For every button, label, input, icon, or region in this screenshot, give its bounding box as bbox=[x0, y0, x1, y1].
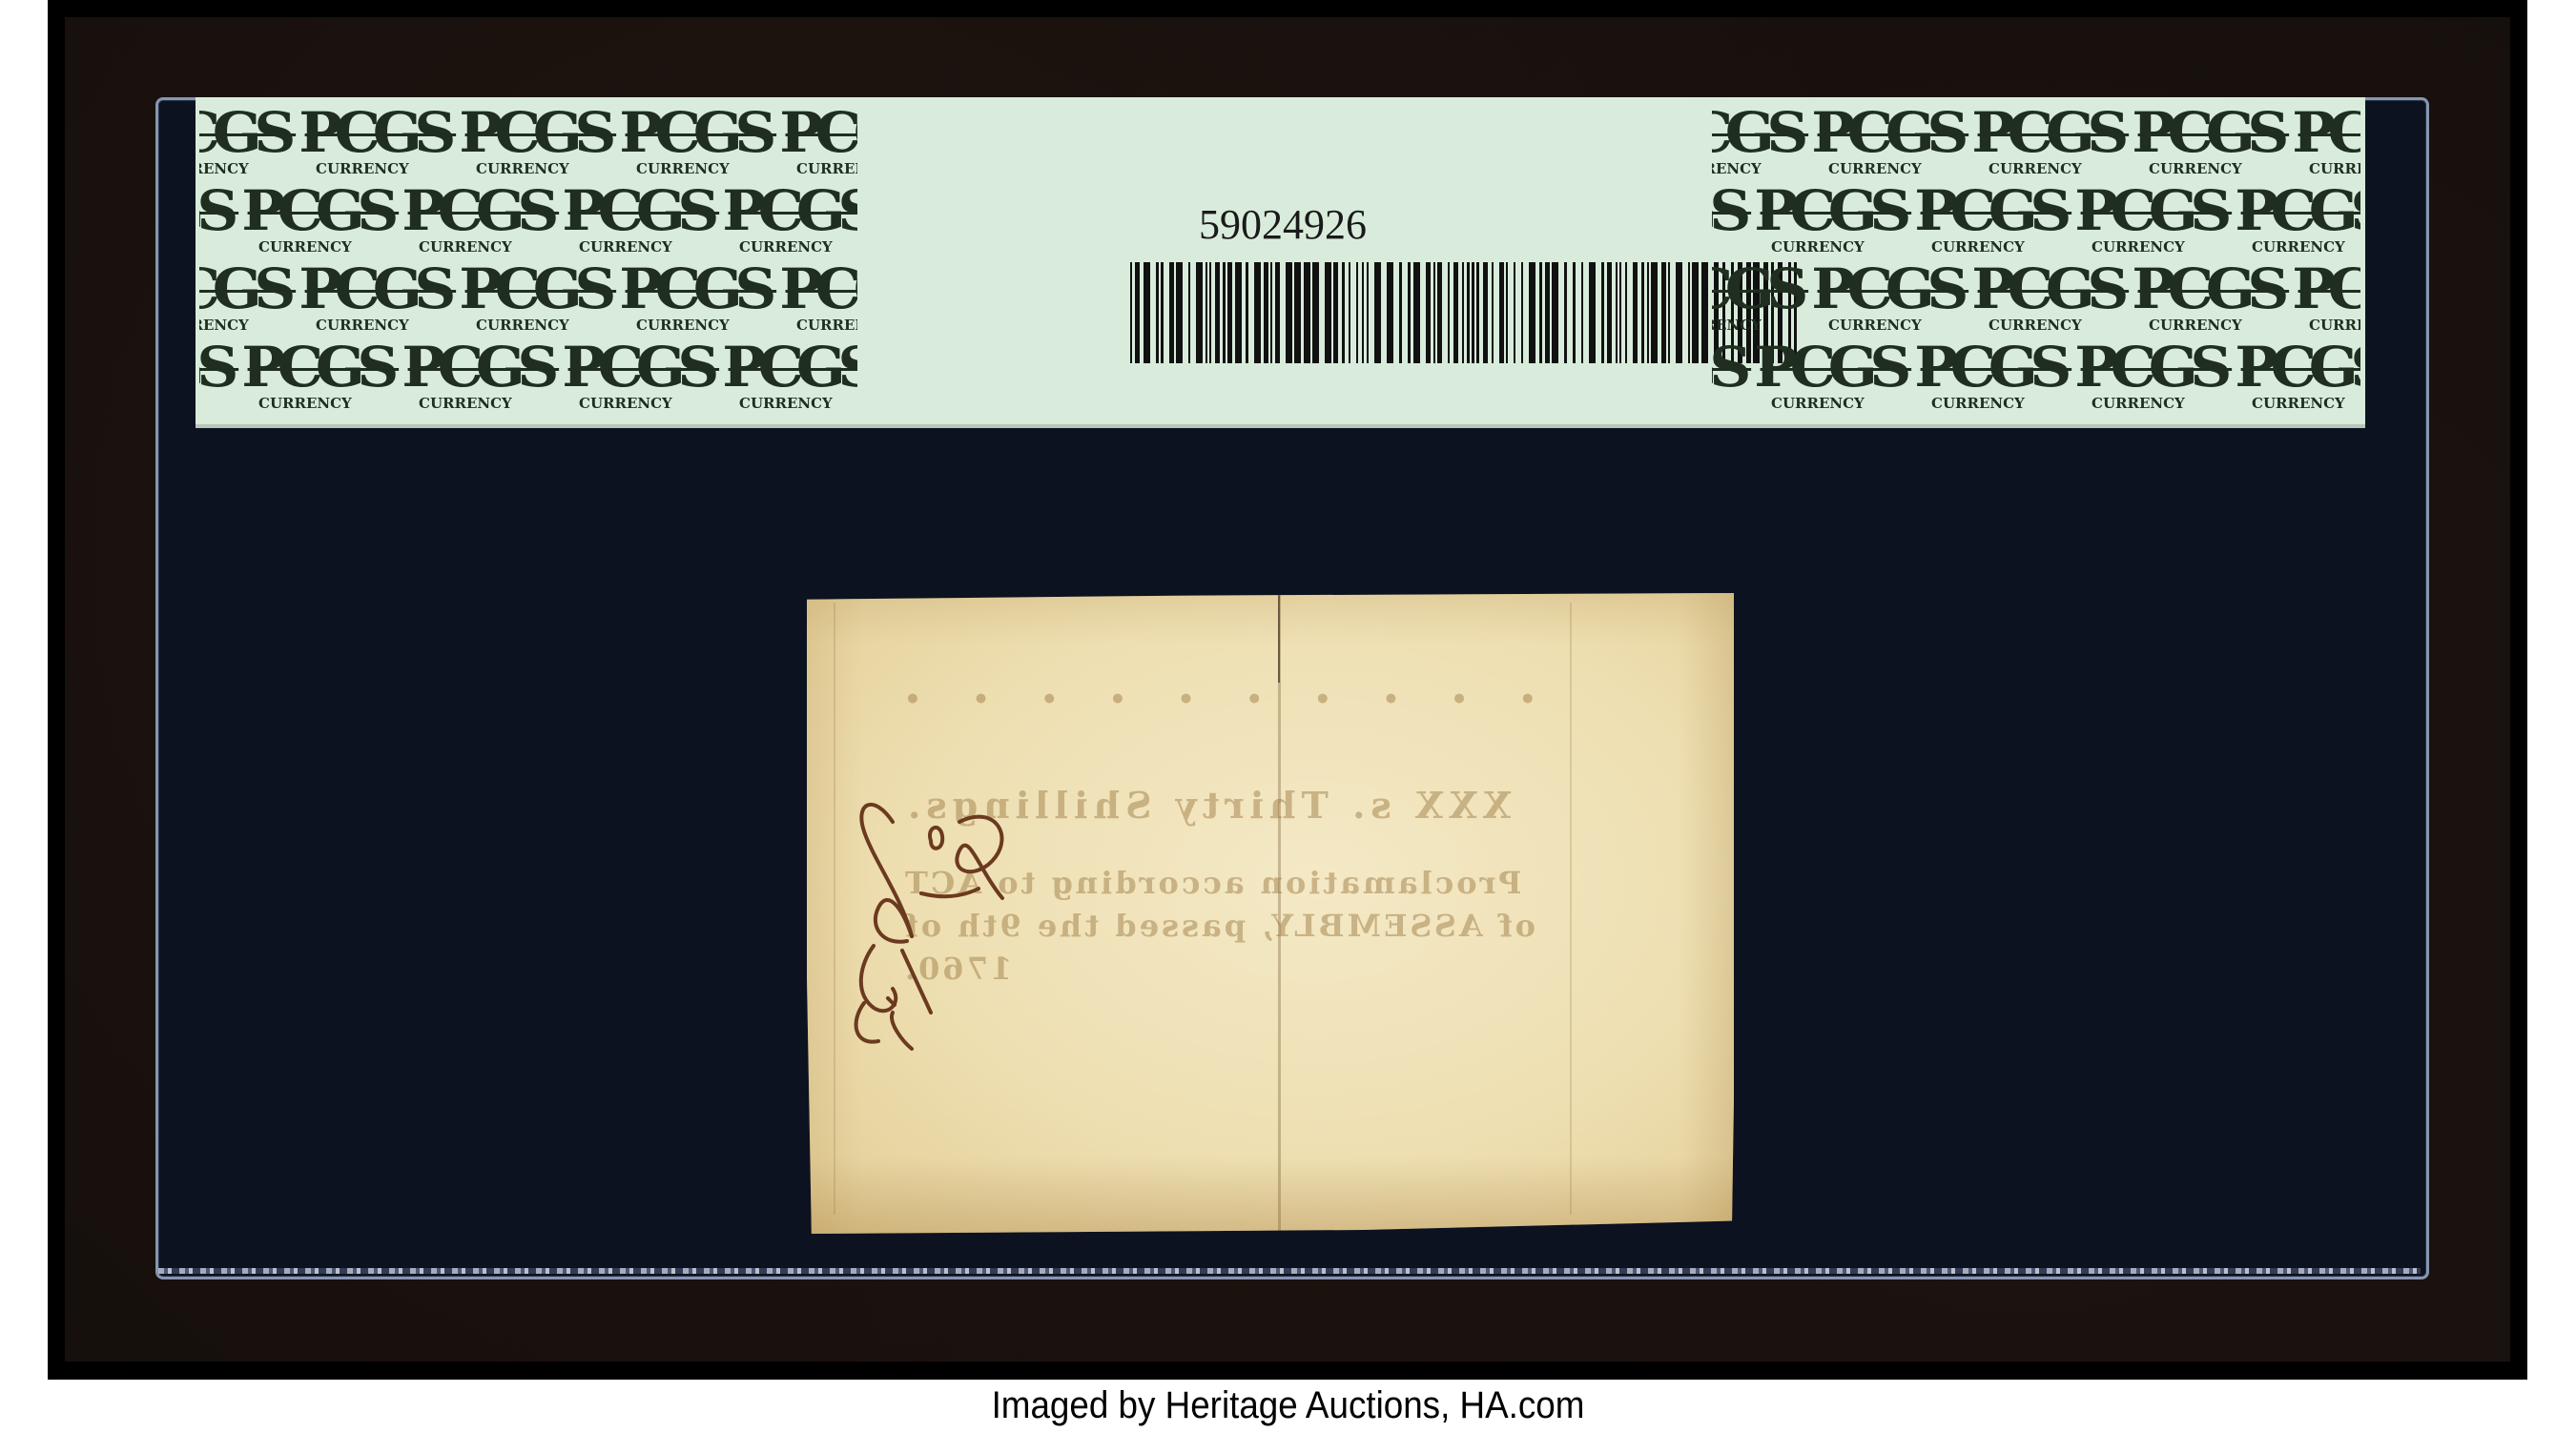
pcgs-logo: PCGSCURRENCY bbox=[1815, 105, 1958, 177]
pcgs-logo: PCGSCURRENCY bbox=[1712, 261, 1798, 334]
pcgs-logo: PCGSCURRENCY bbox=[1758, 183, 1901, 256]
pcgs-logo: PCGSCURRENCY bbox=[463, 261, 606, 334]
pcgs-logo: PCGSCURRENCY bbox=[2135, 105, 2278, 177]
pcgs-logo: PCGSCURRENCY bbox=[302, 261, 445, 334]
pcgs-logo: PCGSCURRENCY bbox=[2238, 339, 2360, 412]
pcgs-logo: PCGSCURRENCY bbox=[405, 183, 548, 256]
pcgs-logo: PCGSCURRENCY bbox=[302, 105, 445, 177]
pcgs-logo: PCGSCURRENCY bbox=[2078, 183, 2221, 256]
banknote-back: • • • • • • • • • • XXX s. Thirty Shilli… bbox=[807, 593, 1734, 1234]
pcgs-logo: PCGSCURRENCY bbox=[2296, 105, 2360, 177]
pcgs-logo: PCGSCURRENCY bbox=[405, 339, 548, 412]
pcgs-logo: PCGSCURRENCY bbox=[1712, 183, 1741, 256]
pcgs-logo: PCGSCURRENCY bbox=[623, 105, 766, 177]
slab-bottom-edge bbox=[158, 1268, 2421, 1274]
pcgs-logo: PCGSCURRENCY bbox=[623, 261, 766, 334]
barcode bbox=[1130, 262, 1805, 363]
pcgs-logo: PCGSCURRENCY bbox=[726, 183, 857, 256]
pcgs-logo: PCGSCURRENCY bbox=[463, 105, 606, 177]
pcgs-logo: PCGSCURRENCY bbox=[1815, 261, 1958, 334]
pcgs-logo: PCGSCURRENCY bbox=[1712, 339, 1741, 412]
fold-crease bbox=[1278, 593, 1280, 683]
pcgs-logo: PCGSCURRENCY bbox=[2078, 339, 2221, 412]
handwritten-signature bbox=[835, 784, 1045, 1051]
pcgs-logo: PCGSCURRENCY bbox=[1758, 339, 1901, 412]
pcgs-logo: PCGSCURRENCY bbox=[566, 339, 709, 412]
pcgs-logo: PCGSCURRENCY bbox=[566, 183, 709, 256]
pcgs-logo: PCGSCURRENCY bbox=[1975, 105, 2118, 177]
pcgs-logo: PCGSCURRENCY bbox=[199, 105, 285, 177]
pcgs-logo: PCGSCURRENCY bbox=[199, 261, 285, 334]
bleed-text-ornament: • • • • • • • • • • bbox=[883, 684, 1536, 715]
image-credit-caption: Imaged by Heritage Auctions, HA.com bbox=[103, 1384, 2473, 1427]
pcgs-label: PCGSCURRENCYPCGSCURRENCYPCGSCURRENCYPCGS… bbox=[196, 97, 2365, 428]
pcgs-logo: PCGSCURRENCY bbox=[245, 183, 388, 256]
pcgs-logo: PCGSCURRENCY bbox=[1918, 339, 2061, 412]
pcgs-security-pattern-left: PCGSCURRENCYPCGSCURRENCYPCGSCURRENCYPCGS… bbox=[199, 105, 857, 420]
pcgs-logo: PCGSCURRENCY bbox=[726, 339, 857, 412]
note-border-line bbox=[1570, 603, 1572, 1215]
pcgs-security-pattern-right: PCGSCURRENCYPCGSCURRENCYPCGSCURRENCYPCGS… bbox=[1712, 105, 2360, 420]
pcgs-logo: PCGSCURRENCY bbox=[2238, 183, 2360, 256]
pcgs-logo: PCGSCURRENCY bbox=[783, 261, 857, 334]
pcgs-logo: PCGSCURRENCY bbox=[1975, 261, 2118, 334]
pcgs-logo: PCGSCURRENCY bbox=[199, 183, 228, 256]
pcgs-logo: PCGSCURRENCY bbox=[1918, 183, 2061, 256]
label-center: 59024926 bbox=[854, 97, 1712, 424]
pcgs-logo: PCGSCURRENCY bbox=[1712, 105, 1798, 177]
pcgs-logo: PCGSCURRENCY bbox=[245, 339, 388, 412]
pcgs-logo: PCGSCURRENCY bbox=[199, 339, 228, 412]
pcgs-logo: PCGSCURRENCY bbox=[2296, 261, 2360, 334]
certification-number: 59024926 bbox=[854, 200, 1712, 249]
pcgs-logo: PCGSCURRENCY bbox=[783, 105, 857, 177]
pcgs-logo: PCGSCURRENCY bbox=[2135, 261, 2278, 334]
